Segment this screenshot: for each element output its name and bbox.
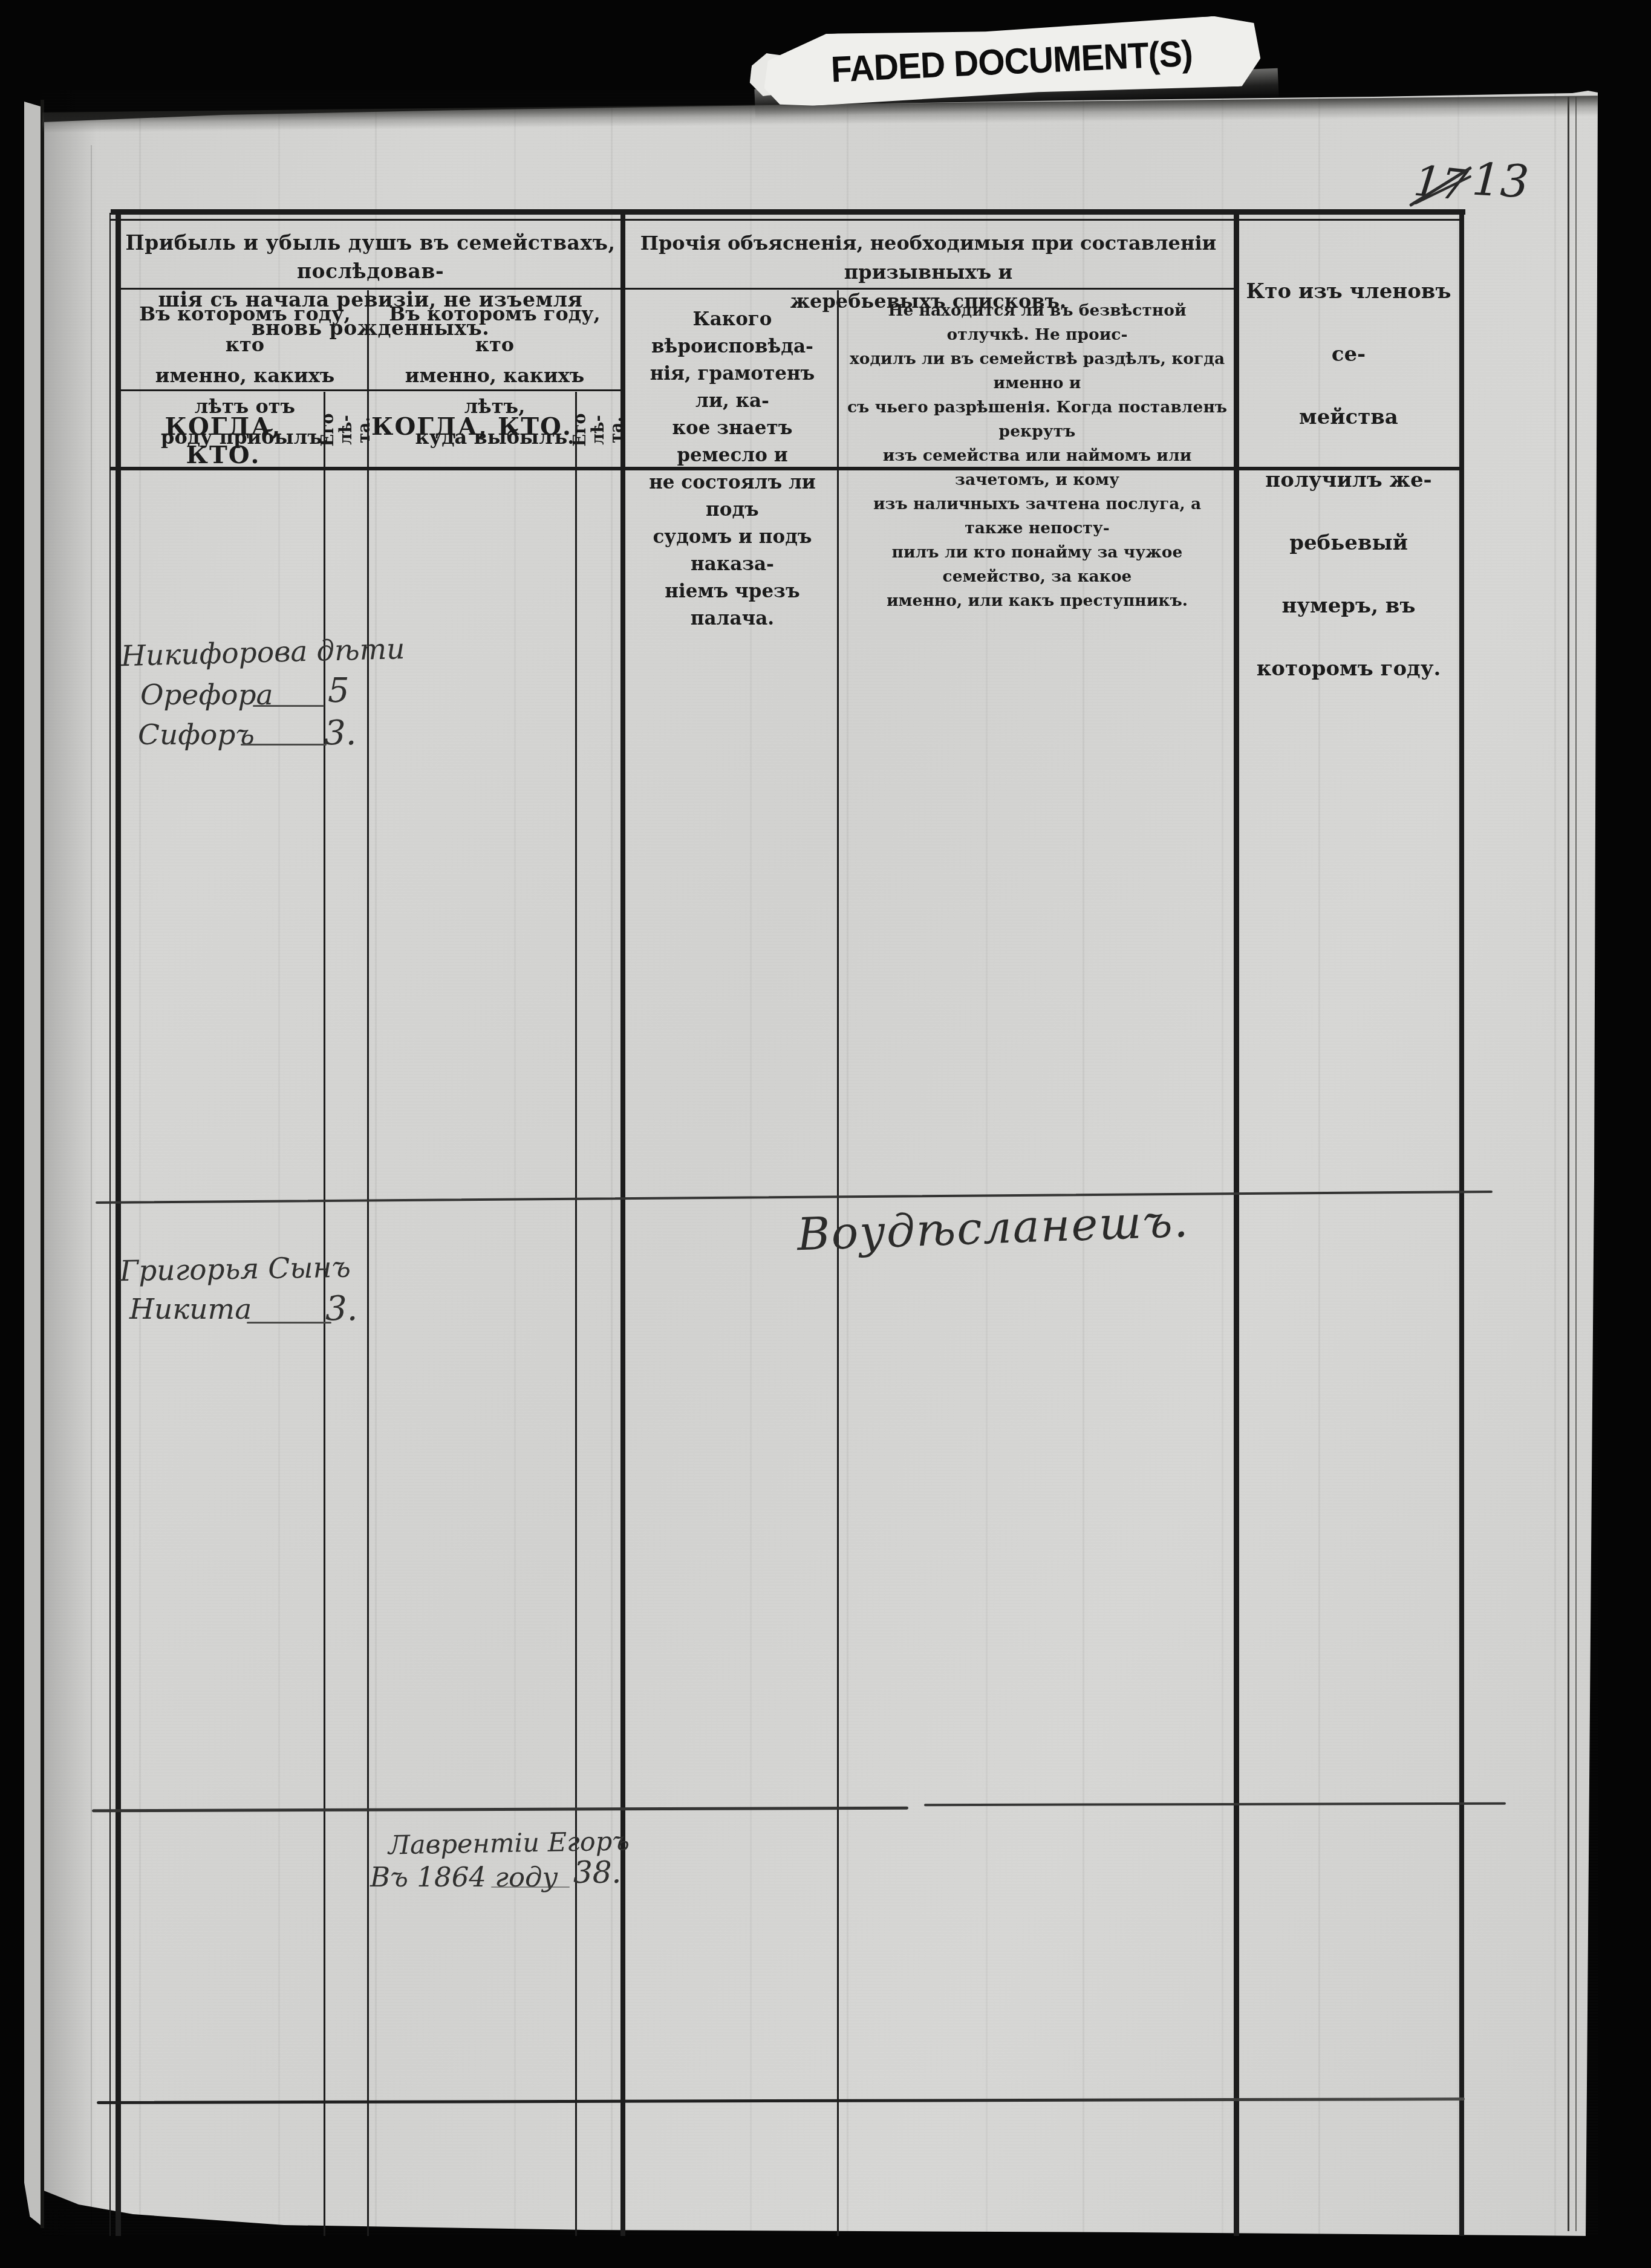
table-border-top-inner xyxy=(111,219,1464,221)
handwritten-family-line: Григорья Сынъ xyxy=(120,1251,351,1288)
handwritten-dash xyxy=(241,744,327,746)
column-divider-age-right xyxy=(575,392,577,2236)
header-when-who-left: КОГДА, КТО. xyxy=(124,412,322,469)
section-divider-middle-right xyxy=(1234,209,1239,2236)
margin-crease-line xyxy=(91,145,92,2225)
scanned-document-page: FADED DOCUMENT(S) 17 13 Прибыль и убыль … xyxy=(0,0,1651,2268)
header-absence-recruit-column: Не находится ли въ безвѣстной отлучкѣ. Н… xyxy=(844,299,1230,613)
section-divider-left-middle xyxy=(620,209,625,2236)
handwritten-dash xyxy=(247,1322,331,1324)
handwritten-dash xyxy=(253,705,324,707)
faded-document-banner-label: FADED DOCUMENT(S) xyxy=(830,32,1194,90)
header-religion-literacy-column: Какого вѣроисповѣда- нія, грамотенъ ли, … xyxy=(634,306,831,632)
handwritten-year-line: Въ 1864 году xyxy=(370,1861,558,1893)
handwritten-age-value: 3. xyxy=(324,713,356,753)
column-divider-arrived-departed xyxy=(367,290,369,2236)
header-his-age-left: Его лѣ- та. xyxy=(324,392,369,468)
page-edge-gap xyxy=(41,100,44,2228)
his-age-rotated-label: Его лѣ- та. xyxy=(319,408,374,452)
table-border-right xyxy=(1459,209,1464,2236)
binding-shadow xyxy=(42,91,97,2236)
handwritten-age-value: 3. xyxy=(325,1289,357,1328)
column-divider-religion-absence xyxy=(837,290,839,2236)
table-border-top xyxy=(111,209,1465,215)
handwritten-dash xyxy=(491,1886,570,1888)
table-border-left-thin xyxy=(109,213,111,2236)
table-border-left xyxy=(116,209,121,2236)
page-number-old: 17 xyxy=(1412,156,1470,211)
handwritten-age-value: 5 xyxy=(328,671,350,710)
header-his-age-right: Его лѣ- та. xyxy=(576,392,622,468)
handwritten-name: Сифоръ xyxy=(138,718,255,752)
underlying-page-edge-line xyxy=(1568,97,1569,2231)
underlying-page-edge-line xyxy=(1575,97,1577,2231)
handwritten-name: Никита xyxy=(129,1293,252,1326)
header-when-who-right: КОГДА, КТО. xyxy=(370,412,573,441)
header-lot-number-column: Кто изъ членовъ се- мейства получилъ же-… xyxy=(1241,260,1456,700)
handwritten-age-value: 38. xyxy=(573,1855,622,1890)
page-binding-edge xyxy=(24,102,41,2225)
page-number-new: 13 xyxy=(1471,154,1531,209)
his-age-rotated-label: Его лѣ- та. xyxy=(571,407,626,453)
